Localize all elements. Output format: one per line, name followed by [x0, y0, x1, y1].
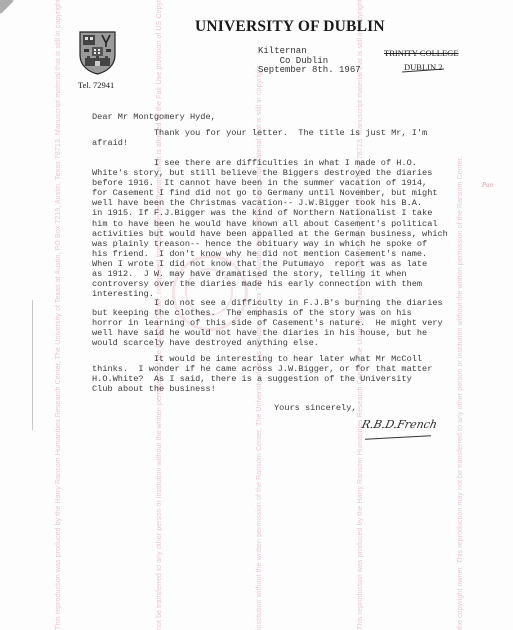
closing: Yours sincerely, [274, 403, 357, 413]
salutation: Dear Mr Montgomery Hyde, [92, 112, 216, 122]
struck-printed-address: TRINITY COLLEGE [384, 48, 459, 58]
copyright-watermark: the copyright owner. This reproduction m… [457, 0, 467, 630]
sender-address: Kilternan Co DublinSeptember 8th. 1967 [258, 47, 361, 76]
paragraph: I see there are difficulties in what I m… [92, 158, 448, 299]
copyright-watermark: This reproduction was produced by the Ha… [55, 0, 65, 630]
telephone-number: Tel. 72941 [78, 80, 114, 90]
paragraph: I do not see a difficulty in F.J.B's bur… [92, 298, 443, 348]
letter-page: This reproduction was produced by the Ha… [0, 0, 513, 630]
signature-underline [365, 435, 431, 439]
letter-date: September 8th. 1967 [258, 66, 361, 76]
page-corner-shadow [0, 0, 14, 14]
handwritten-signature: R.B.D.French [361, 418, 439, 431]
institution-name: UNIVERSITY OF DUBLIN [195, 18, 385, 36]
paragraph: It would be interesting to hear later wh… [92, 354, 432, 394]
binding-mark [32, 300, 33, 430]
paragraph: Thank you for your letter. The title is … [92, 128, 427, 148]
university-crest-icon [79, 31, 116, 75]
margin-annotation: Pan [482, 182, 493, 189]
